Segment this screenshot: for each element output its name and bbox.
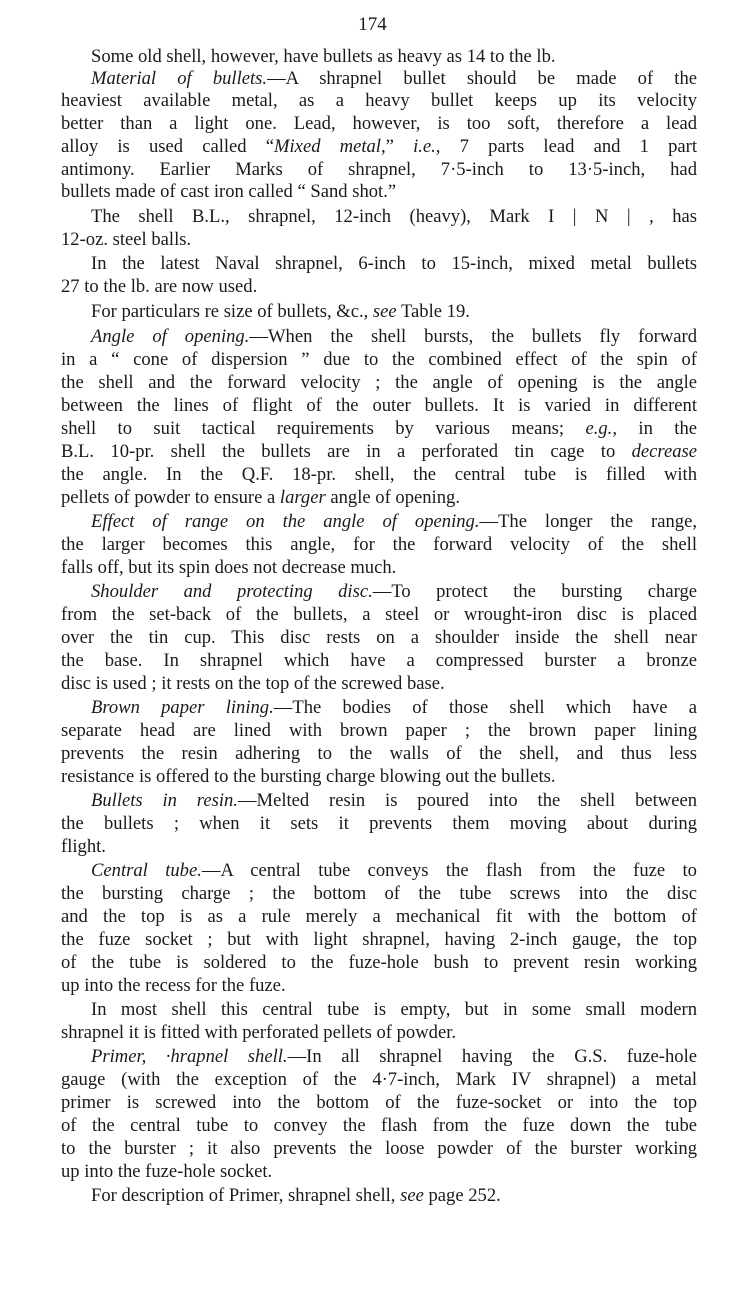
text-line: the angle. In the Q.F. 18-pr. shell, the… bbox=[61, 464, 697, 486]
text-line: 12-oz. steel balls. bbox=[61, 229, 697, 251]
text-line: flight. bbox=[61, 836, 697, 858]
text-line: B.L. 10-pr. shell the bullets are in a p… bbox=[61, 441, 697, 463]
text-line: the fuze socket ; but with light shrapne… bbox=[61, 929, 697, 951]
text-span: up into the fuze-hole socket. bbox=[61, 1161, 272, 1182]
italic-text: Mixed metal, bbox=[274, 136, 386, 157]
text-line: the larger becomes this angle, for the f… bbox=[61, 534, 697, 556]
text-line: the bursting charge ; the bottom of the … bbox=[61, 883, 697, 905]
text-line: alloy is used called “Mixed metal,” i.e.… bbox=[61, 136, 697, 158]
paragraph-first-line: Angle of opening.—When the shell bursts,… bbox=[91, 326, 697, 348]
text-line: bullets made of cast iron called “ Sand … bbox=[61, 181, 697, 203]
text-span: to the burster ; it also prevents the lo… bbox=[61, 1138, 697, 1159]
text-span: shell to suit tactical requirements by v… bbox=[61, 418, 585, 439]
text-line: up into the recess for the fuze. bbox=[61, 975, 697, 997]
text-span: the angle. In the Q.F. 18-pr. shell, the… bbox=[61, 464, 697, 485]
text-span: the shell and the forward velocity ; the… bbox=[61, 372, 697, 393]
text-line: antimony. Earlier Marks of shrapnel, 7·5… bbox=[61, 159, 697, 181]
paragraph-first-line: Some old shell, however, have bullets as… bbox=[91, 46, 697, 68]
text-line: pellets of powder to ensure a larger ang… bbox=[61, 487, 697, 509]
italic-text: Central tube. bbox=[91, 860, 202, 881]
italic-text: Shoulder and protecting disc. bbox=[91, 581, 373, 602]
text-span: For particulars re size of bullets, &c., bbox=[91, 301, 373, 322]
text-line: the bullets ; when it sets it prevents t… bbox=[61, 813, 697, 835]
text-span: 27 to the lb. are now used. bbox=[61, 276, 257, 297]
paragraph-first-line: For description of Primer, shrapnel shel… bbox=[91, 1185, 697, 1207]
italic-text: e.g., bbox=[585, 418, 617, 439]
paragraph-first-line: Brown paper lining.—The bodies of those … bbox=[91, 697, 697, 719]
text-line: up into the fuze-hole socket. bbox=[61, 1161, 697, 1183]
paragraph-first-line: Bullets in resin.—Melted resin is poured… bbox=[91, 790, 697, 812]
text-line: and the top is as a rule merely a mechan… bbox=[61, 906, 697, 928]
text-line: of the central tube to convey the flash … bbox=[61, 1115, 697, 1137]
text-line: to the burster ; it also prevents the lo… bbox=[61, 1138, 697, 1160]
text-span: —A shrapnel bullet should be made of the bbox=[267, 68, 697, 89]
text-span: alloy is used called “ bbox=[61, 136, 274, 157]
text-span: over the tin cup. This disc rests on a s… bbox=[61, 627, 697, 648]
italic-text: Material of bullets. bbox=[91, 68, 267, 89]
italic-text: larger bbox=[280, 487, 326, 508]
text-span: falls off, but its spin does not decreas… bbox=[61, 557, 396, 578]
paragraph-first-line: Effect of range on the angle of opening.… bbox=[91, 511, 697, 533]
paragraph-first-line: Material of bullets.—A shrapnel bullet s… bbox=[91, 68, 697, 90]
text-line: resistance is offered to the bursting ch… bbox=[61, 766, 697, 788]
text-line: shrapnel it is fitted with perforated pe… bbox=[61, 1022, 697, 1044]
text-span: in a “ cone of dispersion ” due to the c… bbox=[61, 349, 697, 370]
paragraph-first-line: The shell B.L., shrapnel, 12-inch (heavy… bbox=[91, 206, 697, 228]
text-span: —To protect the bursting charge bbox=[373, 581, 697, 602]
paragraph-first-line: In most shell this central tube is empty… bbox=[91, 999, 697, 1021]
text-line: heaviest available metal, as a heavy bul… bbox=[61, 90, 697, 112]
text-span: —In all shrapnel having the G.S. fuze-ho… bbox=[288, 1046, 697, 1067]
text-span: 7 parts lead and 1 part bbox=[440, 136, 697, 157]
text-span: 12-oz. steel balls. bbox=[61, 229, 191, 250]
text-span: and the top is as a rule merely a mechan… bbox=[61, 906, 697, 927]
paragraph-first-line: In the latest Naval shrapnel, 6-inch to … bbox=[91, 253, 697, 275]
text-span: in the bbox=[617, 418, 697, 439]
text-line: shell to suit tactical requirements by v… bbox=[61, 418, 697, 440]
text-line: gauge (with the exception of the 4·7-inc… bbox=[61, 1069, 697, 1091]
italic-text: Angle of opening. bbox=[91, 326, 249, 347]
text-span: —The longer the range, bbox=[479, 511, 697, 532]
text-span: B.L. 10-pr. shell the bullets are in a p… bbox=[61, 441, 632, 462]
text-span: Table 19. bbox=[397, 301, 470, 322]
paragraph-first-line: For particulars re size of bullets, &c.,… bbox=[91, 301, 697, 323]
text-line: of the tube is soldered to the fuze-hole… bbox=[61, 952, 697, 974]
text-span: of the central tube to convey the flash … bbox=[61, 1115, 697, 1136]
text-span: the bursting charge ; the bottom of the … bbox=[61, 883, 697, 904]
text-span: better than a light one. Lead, however, … bbox=[61, 113, 697, 134]
text-span: In the latest Naval shrapnel, 6-inch to … bbox=[91, 253, 697, 274]
text-span: the larger becomes this angle, for the f… bbox=[61, 534, 697, 555]
text-span: heaviest available metal, as a heavy bul… bbox=[61, 90, 697, 111]
text-span: from the set-back of the bullets, a stee… bbox=[61, 604, 697, 625]
text-span: —The bodies of those shell which have a bbox=[274, 697, 697, 718]
text-span: gauge (with the exception of the 4·7-inc… bbox=[61, 1069, 697, 1090]
text-line: the base. In shrapnel which have a compr… bbox=[61, 650, 697, 672]
paragraph-first-line: Primer, ·hrapnel shell.—In all shrapnel … bbox=[91, 1046, 697, 1068]
text-span: —Melted resin is poured into the shell b… bbox=[238, 790, 697, 811]
italic-text: Primer, ·hrapnel shell. bbox=[91, 1046, 288, 1067]
text-span: pellets of powder to ensure a bbox=[61, 487, 280, 508]
text-span: the fuze socket ; but with light shrapne… bbox=[61, 929, 697, 950]
text-span: of the tube is soldered to the fuze-hole… bbox=[61, 952, 697, 973]
text-span: —A central tube conveys the flash from t… bbox=[202, 860, 697, 881]
italic-text: Effect of range on the angle of opening. bbox=[91, 511, 479, 532]
text-span: prevents the resin adhering to the walls… bbox=[61, 743, 697, 764]
text-span: up into the recess for the fuze. bbox=[61, 975, 286, 996]
text-line: separate head are lined with brown paper… bbox=[61, 720, 697, 742]
text-line: from the set-back of the bullets, a stee… bbox=[61, 604, 697, 626]
text-span: antimony. Earlier Marks of shrapnel, 7·5… bbox=[61, 159, 697, 180]
text-span: the bullets ; when it sets it prevents t… bbox=[61, 813, 697, 834]
text-line: prevents the resin adhering to the walls… bbox=[61, 743, 697, 765]
text-line: between the lines of flight of the outer… bbox=[61, 395, 697, 417]
text-span: In most shell this central tube is empty… bbox=[91, 999, 697, 1020]
text-span: primer is screwed into the bottom of the… bbox=[61, 1092, 697, 1113]
text-span: resistance is offered to the bursting ch… bbox=[61, 766, 556, 787]
paragraph-first-line: Shoulder and protecting disc.—To protect… bbox=[91, 581, 697, 603]
text-line: the shell and the forward velocity ; the… bbox=[61, 372, 697, 394]
text-span: between the lines of flight of the outer… bbox=[61, 395, 697, 416]
text-span: angle of opening. bbox=[326, 487, 460, 508]
page-number: 174 bbox=[0, 14, 745, 36]
text-span: disc is used ; it rests on the top of th… bbox=[61, 673, 445, 694]
text-line: in a “ cone of dispersion ” due to the c… bbox=[61, 349, 697, 371]
text-line: over the tin cup. This disc rests on a s… bbox=[61, 627, 697, 649]
italic-text: Bullets in resin. bbox=[91, 790, 238, 811]
text-span: flight. bbox=[61, 836, 106, 857]
text-span: Some old shell, however, have bullets as… bbox=[91, 46, 556, 67]
text-span: shrapnel it is fitted with perforated pe… bbox=[61, 1022, 456, 1043]
italic-text: decrease bbox=[632, 441, 697, 462]
text-line: better than a light one. Lead, however, … bbox=[61, 113, 697, 135]
italic-text: see bbox=[400, 1185, 424, 1206]
italic-text: i.e., bbox=[413, 136, 440, 157]
italic-text: Brown paper lining. bbox=[91, 697, 274, 718]
text-line: disc is used ; it rests on the top of th… bbox=[61, 673, 697, 695]
text-span: The shell B.L., shrapnel, 12-inch (heavy… bbox=[91, 206, 697, 227]
text-span: For description of Primer, shrapnel shel… bbox=[91, 1185, 400, 1206]
text-span: —When the shell bursts, the bullets fly … bbox=[249, 326, 697, 347]
paragraph-first-line: Central tube.—A central tube conveys the… bbox=[91, 860, 697, 882]
text-span: the base. In shrapnel which have a compr… bbox=[61, 650, 697, 671]
text-span: ” bbox=[386, 136, 413, 157]
italic-text: see bbox=[373, 301, 397, 322]
text-span: page 252. bbox=[424, 1185, 501, 1206]
text-line: primer is screwed into the bottom of the… bbox=[61, 1092, 697, 1114]
text-line: falls off, but its spin does not decreas… bbox=[61, 557, 697, 579]
text-line: 27 to the lb. are now used. bbox=[61, 276, 697, 298]
text-span: separate head are lined with brown paper… bbox=[61, 720, 697, 741]
text-span: bullets made of cast iron called “ Sand … bbox=[61, 181, 396, 202]
